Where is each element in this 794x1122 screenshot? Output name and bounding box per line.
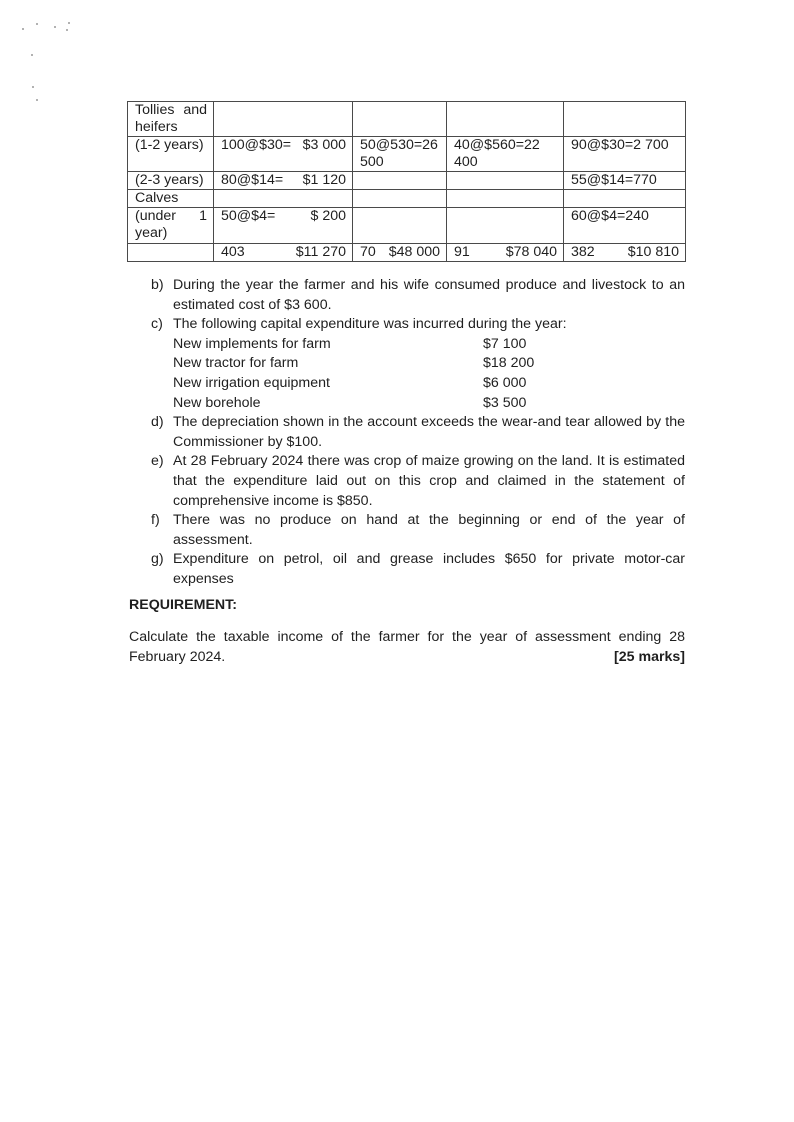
- requirement-heading: REQUIREMENT:: [129, 597, 237, 613]
- item-text: There was no produce on hand at the begi…: [173, 511, 685, 550]
- table-row: (under 1 year)50@$4=$ 20060@$4=240: [128, 208, 686, 244]
- livestock-table: Tollies and heifers(1-2 years)100@$30=$3…: [127, 101, 686, 262]
- row-label: [128, 244, 214, 262]
- row-label: (under 1 year): [128, 208, 214, 244]
- requirement-line-1: Calculate the taxable income of the farm…: [129, 628, 685, 648]
- table-cell: 403$11 270: [214, 244, 353, 262]
- list-item: f)There was no produce on hand at the be…: [151, 511, 685, 550]
- list-item: c)The following capital expenditure was …: [151, 315, 685, 413]
- row-label: Tollies and heifers: [128, 102, 214, 137]
- list-item: b)During the year the farmer and his wif…: [151, 276, 685, 315]
- item-text: At 28 February 2024 there was crop of ma…: [173, 452, 685, 511]
- item-label: c): [151, 315, 173, 413]
- cell-calc: 80@$14=: [221, 172, 283, 189]
- cell-calc: 91: [454, 244, 470, 261]
- table-cell: 50@530=26 500: [353, 137, 447, 172]
- capex-amount: $7 100: [483, 335, 526, 355]
- item-label: f): [151, 511, 173, 550]
- capex-name: New borehole: [173, 394, 483, 414]
- capex-name: New irrigation equipment: [173, 374, 483, 394]
- table-cell: 91$78 040: [447, 244, 564, 262]
- table-cell: [214, 102, 353, 137]
- capex-name: New tractor for farm: [173, 354, 483, 374]
- table-cell: [353, 102, 447, 137]
- cell-calc: 403: [221, 244, 245, 261]
- cell-amount: $3 000: [303, 137, 346, 154]
- cell-calc: 100@$30=: [221, 137, 291, 154]
- table-cell: [447, 172, 564, 190]
- list-item: e)At 28 February 2024 there was crop of …: [151, 452, 685, 511]
- capex-name: New implements for farm: [173, 335, 483, 355]
- item-text: The following capital expenditure was in…: [173, 315, 685, 335]
- cell-amount: $78 040: [506, 244, 557, 261]
- marks-label: [25 marks]: [614, 648, 685, 668]
- table-row: (1-2 years)100@$30=$3 00050@530=26 50040…: [128, 137, 686, 172]
- cell-calc: 382: [571, 244, 595, 261]
- list-item: d)The depreciation shown in the account …: [151, 413, 685, 452]
- item-text: The depreciation shown in the account ex…: [173, 413, 685, 452]
- table-cell: [447, 208, 564, 244]
- table-cell: [214, 190, 353, 208]
- item-label: d): [151, 413, 173, 452]
- table-cell: 50@$4=$ 200: [214, 208, 353, 244]
- item-text: Expenditure on petrol, oil and grease in…: [173, 550, 685, 589]
- table-row: 403$11 27070$48 00091$78 040382$10 810: [128, 244, 686, 262]
- table-cell: 55@$14=770: [564, 172, 686, 190]
- cell-amount: $10 810: [628, 244, 679, 261]
- cell-amount: $48 000: [389, 244, 440, 261]
- table-cell: 60@$4=240: [564, 208, 686, 244]
- cell-amount: $ 200: [310, 208, 346, 225]
- table-cell: [353, 172, 447, 190]
- cell-amount: $11 270: [296, 244, 346, 261]
- item-label: e): [151, 452, 173, 511]
- item-label: b): [151, 276, 173, 315]
- item-text: During the year the farmer and his wife …: [173, 276, 685, 315]
- list-item: g)Expenditure on petrol, oil and grease …: [151, 550, 685, 589]
- table-cell: [353, 190, 447, 208]
- capex-amount: $18 200: [483, 354, 534, 374]
- table-cell: [564, 102, 686, 137]
- capex-row: New tractor for farm$18 200: [173, 354, 685, 374]
- capex-row: New borehole$3 500: [173, 394, 685, 414]
- cell-calc: 70: [360, 244, 376, 261]
- capex-row: New irrigation equipment$6 000: [173, 374, 685, 394]
- requirement-line-2: February 2024.: [129, 648, 225, 668]
- table-cell: [447, 102, 564, 137]
- table-cell: 100@$30=$3 000: [214, 137, 353, 172]
- table-cell: [353, 208, 447, 244]
- row-label: Calves: [128, 190, 214, 208]
- table-cell: 90@$30=2 700: [564, 137, 686, 172]
- capex-amount: $3 500: [483, 394, 526, 414]
- table-cell: 80@$14=$1 120: [214, 172, 353, 190]
- scan-specks: [16, 20, 96, 110]
- table-row: Calves: [128, 190, 686, 208]
- table-cell: 382$10 810: [564, 244, 686, 262]
- row-label: (2-3 years): [128, 172, 214, 190]
- table-row: Tollies and heifers: [128, 102, 686, 137]
- item-label: g): [151, 550, 173, 589]
- notes-list: b)During the year the farmer and his wif…: [151, 276, 685, 590]
- capex-row: New implements for farm$7 100: [173, 335, 685, 355]
- table-row: (2-3 years)80@$14=$1 12055@$14=770: [128, 172, 686, 190]
- table-cell: 40@$560=22 400: [447, 137, 564, 172]
- capex-amount: $6 000: [483, 374, 526, 394]
- table-cell: 70$48 000: [353, 244, 447, 262]
- requirement-text: Calculate the taxable income of the farm…: [129, 628, 685, 667]
- row-label: (1-2 years): [128, 137, 214, 172]
- table-cell: [447, 190, 564, 208]
- cell-amount: $1 120: [303, 172, 346, 189]
- table-cell: [564, 190, 686, 208]
- cell-calc: 50@$4=: [221, 208, 275, 225]
